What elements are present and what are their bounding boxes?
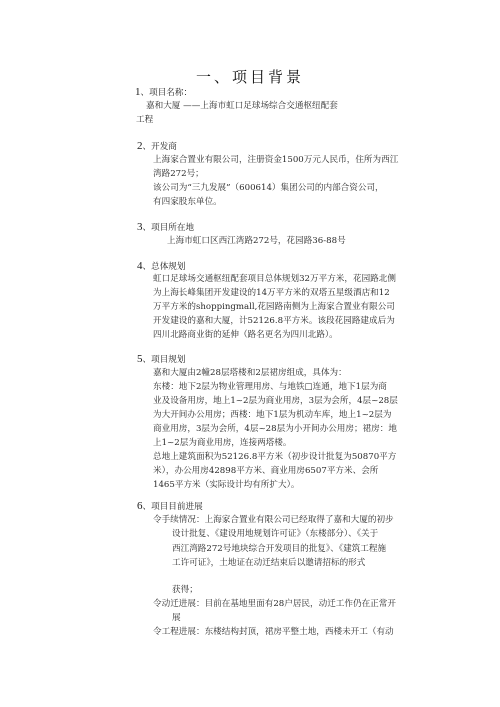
section-6-line: 工许可证》，土地证在动迁结束后以邀请招标的形式 (172, 558, 365, 569)
section-6-line: 西江湾路272号地块综合开发项目的批复》、《建筑工程施 (172, 544, 386, 555)
section-1-line: 工程 (136, 115, 153, 126)
section-5-line: 嘉和大厦由2幢28层塔楼和2层裙房组成，具体为： (153, 368, 347, 379)
section-4-line: 为上海长峰集团开发建设的14万平方米的双塔五星级酒店和12 (153, 288, 390, 299)
section-heading-text: 、项目所在地 (143, 223, 195, 233)
section-heading-text: 、项目名称： (141, 88, 193, 98)
section-2-line: 上海家合置业有限公司，注册资金1500万元人民币，住所为西江 (153, 155, 398, 166)
section-6-heading: 6、项目目前进展 (137, 501, 203, 513)
section-5-line: 米），办公用房42898平方米、商业用房6507平方米、会所 (153, 466, 378, 477)
section-5-line: 商业用房，3层为会所，4层~28层为小开间办公用房；裙房：地 (153, 424, 397, 435)
section-5-heading: 5、项目规划 (137, 354, 185, 366)
section-2-heading: 2、开发商 (137, 141, 177, 153)
section-6-line: 获得； (172, 585, 198, 596)
section-5-line: 总地上建筑面积为52126.8平方米（初步设计批复为50870平方 (153, 452, 396, 463)
section-2-line: 该公司为“三九发展”（600614）集团公司的内部合资公司， (153, 183, 384, 194)
page-title: 一、项目背景 (0, 66, 500, 87)
section-4-line: 虹口足球场交通枢纽配套项目总体规划32万平方米，花园路北侧 (153, 274, 396, 285)
section-1-line: 嘉和大厦 ——上海市虹口足球场综合交通枢纽配套 (146, 101, 338, 112)
section-2-line: 湾路272号； (153, 169, 204, 180)
section-5-line: 东楼：地下2层为物业管理用房、与地铁□连通，地下1层为商 (153, 382, 387, 393)
section-heading-text: 、开发商 (143, 142, 177, 152)
section-6-line: 令手续情况：上海家合置业有限公司已经取得了嘉和大厦的初步 (153, 515, 394, 526)
section-4-line: 万平方米的shoppingmall,花园路南侧为上海家合置业有限公司 (153, 302, 395, 313)
section-5-line: 上1~2层为商业用房，连接两塔楼。 (153, 438, 291, 449)
section-1-heading: 1、项目名称： (135, 87, 192, 99)
section-4-line: 开发建设的嘉和大厦，计52126.8平方米。该段花园路建成后为 (153, 316, 395, 327)
section-4-line: 四川北路商业街的延伸（路名更名为四川北路）。 (153, 330, 338, 341)
section-6-line: 设计批复、《建设用地规划许可证》（东楼部分）、《关于 (172, 529, 378, 540)
section-5-line: 为大开间办公用房；西楼：地下1层为机动车库，地上1~2层为 (153, 410, 391, 421)
section-5-line: 1465平方米（实际设计均有所扩大）。 (153, 480, 299, 491)
section-3-line: 上海市虹口区西江湾路272号，花园路36-88号 (167, 236, 346, 247)
section-4-heading: 4、总体规划 (137, 261, 185, 273)
section-6-line: 令工程进展：东楼结构封顶，裙房平整土地，西楼未开工（有动 (153, 627, 394, 638)
section-6-line: 展 (172, 613, 181, 624)
document-page: 一、项目背景 1、项目名称： 嘉和大厦 ——上海市虹口足球场综合交通枢纽配套 工… (0, 0, 500, 707)
section-heading-text: 、项目目前进展 (143, 502, 203, 512)
section-2-line: 有四家股东单位。 (153, 197, 222, 208)
section-5-line: 业及设备用房，地上1~2层为商业用房，3层为会所，4层~28层 (153, 396, 398, 407)
section-heading-text: 、总体规划 (143, 262, 186, 272)
section-6-line: 令动迁进展：目前在基地里面有28户居民，动迁工作仍在正常开 (153, 599, 396, 610)
section-3-heading: 3、项目所在地 (137, 222, 194, 234)
section-heading-text: 、项目规划 (143, 355, 186, 365)
